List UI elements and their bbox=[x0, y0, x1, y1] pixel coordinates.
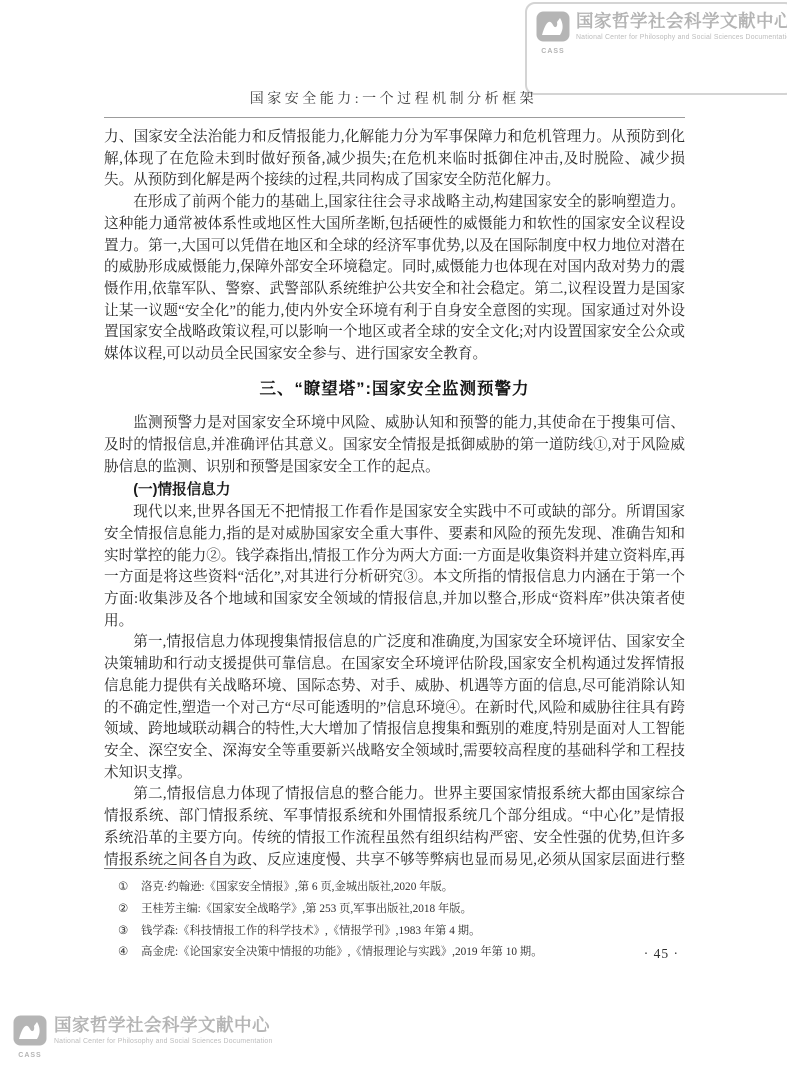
section-heading: 三、“瞭望塔”:国家安全监测预警力 bbox=[104, 379, 685, 401]
page-number: · 45 · bbox=[104, 946, 685, 962]
watermark-box-top: CASS 国家哲学社会科学文献中心 National Center for Ph… bbox=[525, 2, 787, 95]
cass-name-en: National Center for Philosophy and Socia… bbox=[54, 1038, 273, 1045]
running-title: 国家安全能力:一个过程机制分析框架 bbox=[0, 88, 787, 108]
cass-logo-icon bbox=[13, 1015, 47, 1051]
paragraph: 力、国家安全法治能力和反情报能力,化解能力分为军事保障力和危机管理力。从预防到化… bbox=[104, 127, 685, 192]
footnote-divider bbox=[104, 868, 251, 869]
footnote-text: 钱学森:《科技情报工作的科学技术》,《情报学刊》,1983 年第 4 期。 bbox=[141, 921, 685, 943]
cass-name-cn: 国家哲学社会科学文献中心 bbox=[54, 1015, 273, 1036]
cass-abbr-label: CASS bbox=[18, 1052, 41, 1059]
footnote-item: ③ 钱学森:《科技情报工作的科学技术》,《情报学刊》,1983 年第 4 期。 bbox=[104, 921, 685, 943]
footnote-marker: ③ bbox=[118, 921, 128, 943]
footnote-text: 洛克·约翰逊:《国家安全情报》,第 6 页,金城出版社,2020 年版。 bbox=[141, 877, 685, 899]
footnote-item: ② 王桂芳主编:《国家安全战略学》,第 253 页,军事出版社,2018 年版。 bbox=[104, 899, 685, 921]
footnote-item: ① 洛克·约翰逊:《国家安全情报》,第 6 页,金城出版社,2020 年版。 bbox=[104, 877, 685, 899]
paragraph: 在形成了前两个能力的基础上,国家往往会寻求战略主动,构建国家安全的影响塑造力。这… bbox=[104, 192, 685, 366]
cass-name-en: National Center for Philosophy and Socia… bbox=[576, 34, 787, 41]
cass-abbr-label: CASS bbox=[541, 48, 564, 55]
watermark-box-bottom: CASS 国家哲学社会科学文献中心 National Center for Ph… bbox=[12, 1015, 273, 1059]
paragraph: 第一,情报信息力体现搜集情报信息的广泛度和准确度,为国家安全环境评估、国家安全决… bbox=[104, 632, 685, 784]
footnote-text: 王桂芳主编:《国家安全战略学》,第 253 页,军事出版社,2018 年版。 bbox=[141, 899, 685, 921]
document-page: CASS 国家哲学社会科学文献中心 National Center for Ph… bbox=[0, 0, 787, 1065]
cass-logo-top: CASS 国家哲学社会科学文献中心 National Center for Ph… bbox=[536, 11, 785, 55]
cass-logo-icon bbox=[536, 11, 570, 47]
cass-logo-bottom: CASS 国家哲学社会科学文献中心 National Center for Ph… bbox=[12, 1015, 273, 1059]
header-rule bbox=[104, 117, 685, 118]
paragraph: 监测预警力是对国家安全环境中风险、威胁认知和预警的能力,其使命在于搜集可信、及时… bbox=[104, 413, 685, 478]
article-body: 力、国家安全法治能力和反情报能力,化解能力分为军事保障力和危机管理力。从预防到化… bbox=[104, 127, 685, 915]
footnote-marker: ① bbox=[118, 877, 128, 899]
subsection-heading: (一)情报信息力 bbox=[104, 480, 685, 502]
cass-name-cn: 国家哲学社会科学文献中心 bbox=[576, 11, 787, 32]
footnote-marker: ② bbox=[118, 899, 128, 921]
paragraph: 现代以来,世界各国无不把情报工作看作是国家安全实践中不可或缺的部分。所谓国家安全… bbox=[104, 502, 685, 632]
